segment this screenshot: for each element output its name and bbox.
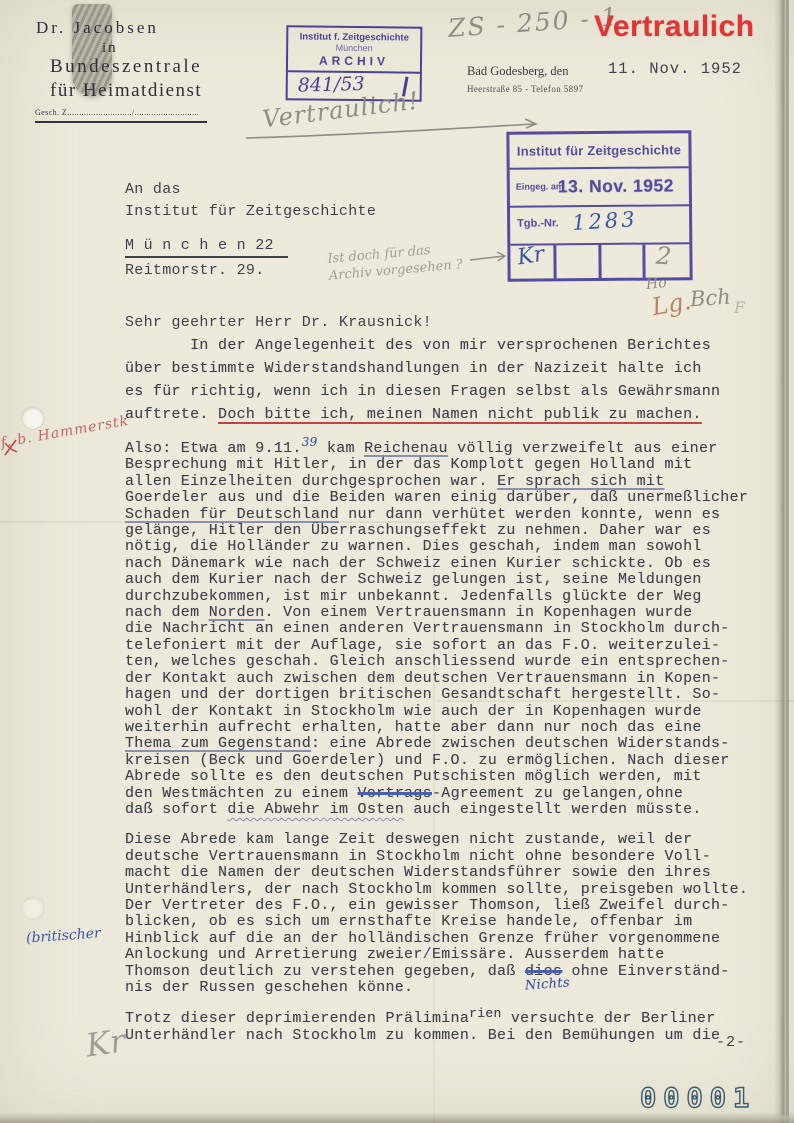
pencil-arrow (240, 116, 550, 144)
initials-handwritten: Kr (516, 242, 546, 271)
body-text-segment: Diese Abrede kam lange Zeit deswegen nic… (125, 831, 692, 848)
recipient-institute: Institut für Zeitgeschichte (125, 203, 376, 220)
body-text-segment: allen Einzelheiten durchgesprochen war. (125, 473, 497, 490)
margin-note-kr: Kr (84, 1021, 128, 1064)
body-text-segment: macht die Namen der deutschen Widerstand… (125, 864, 711, 881)
letterhead-reference-line: Gesch. Z.........................../....… (35, 108, 207, 123)
recipient-city-text: M ü n c h e n 22 (125, 237, 288, 258)
body-line: den Westmächten zu einem Vertrags-Agreem… (125, 786, 775, 802)
vertraulich-stamp: Vertraulich (594, 10, 755, 44)
letterhead-name: Dr. Jacobsen (36, 18, 159, 38)
cell-divider (642, 245, 645, 278)
body-text-segment: Goerdeler aus und die Beiden waren einig… (125, 489, 748, 506)
body-text-segment: , (637, 785, 646, 802)
margin-note-2: 2 (655, 242, 672, 271)
body-text-segment: ten, welches geschah. Gleich anschliesse… (125, 653, 730, 670)
body-text-segment: den Westmächten zu einem (125, 785, 358, 802)
body-line: Thema zum Gegenstand: eine Abrede zwisch… (125, 736, 775, 752)
body-text-segment: nach dem (125, 604, 209, 621)
body-line: die Nachricht an einen anderen Vertrauen… (125, 621, 775, 637)
body-text-segment: kam (318, 440, 365, 457)
punch-hole (22, 897, 44, 919)
body-text-segment: Doch bitte ich, meinen Namen nicht publi… (218, 406, 702, 423)
receipt-stamp-title: Institut für Zeitgeschichte (509, 133, 688, 170)
dateline-address: Heerstraße 85 - Telefon 5897 (467, 84, 583, 94)
body-text-segment: weiterhin aufrecht erhalten, hatte aber … (125, 719, 702, 736)
body-text-segment: Besprechung mit Hitler, in der das Kompl… (125, 456, 692, 473)
handwritten-correction: Nichts (524, 975, 570, 994)
body-line: Diese Abrede kam lange Zeit deswegen nic… (125, 832, 775, 848)
body-text-segment: es für richtig, wenn ich in diesen Frage… (125, 383, 720, 400)
body-line: Unterhändler nach Stockholm zu kommen. B… (125, 1028, 775, 1044)
body-line: wohl der Kontakt in Stockholm wie auch d… (125, 704, 775, 720)
body-line: Anlockung und Arretierung zweier/Emissär… (125, 947, 775, 963)
body-text-segment: Hinblick auf die an der holländischen Gr… (125, 930, 720, 947)
letterhead-in: in (102, 40, 118, 57)
body-text-segment: Abrede sollte es den deutschen Putschist… (125, 768, 702, 785)
body-text-segment: nach Dänemark wie nach der Schweiz einen… (125, 555, 711, 572)
body-text-segment: Schaden für Deutschland (125, 506, 339, 523)
dateline-date: 11. Nov. 1952 (608, 60, 742, 78)
paragraph: Trotz dieser deprimierenden Präliminarie… (125, 1006, 775, 1044)
cell-divider (598, 245, 601, 278)
margin-note-bch: Bch (689, 285, 731, 312)
archive-query-note: Ist doch für das Archiv vorgesehen ? (327, 239, 464, 285)
body-line: allen Einzelheiten durchgesprochen war. … (125, 474, 775, 490)
paragraph: In der Angelegenheit des von mir verspro… (125, 334, 775, 426)
archive-stamp-institute: Institut f. Zeitgeschichte (288, 27, 420, 43)
body-text-segment: nis der Russen geschehen könne. (125, 979, 413, 996)
body-text-segment: rien (469, 1006, 501, 1021)
body-line: daß sofort die Abwehr im Osten auch eing… (125, 802, 775, 818)
salutation: Sehr geehrter Herr Dr. Krausnick! (125, 311, 775, 334)
body-text-segment: Unterhändler nach Stockholm zu kommen. B… (125, 1027, 720, 1044)
struck-text: diesNichts (525, 963, 562, 980)
body-text-segment: nötig, die Holländer zu warnen. Dies ges… (125, 538, 702, 555)
margin-note-britischer: (britischer (26, 925, 102, 946)
body-text-segment: die Abwehr im Osten (227, 801, 404, 818)
body-line: In der Angelegenheit des von mir verspro… (125, 334, 775, 357)
recipient-city: M ü n c h e n 22 (125, 237, 288, 258)
body-text-segment: wohl der Kontakt in Stockholm wie auch d… (125, 703, 702, 720)
struck-text: Vertrags (358, 785, 432, 802)
body-text-segment: hagen und der dortigen britischen Gesand… (125, 686, 720, 703)
body-text-segment: auch eingestellt werden müsste. (404, 801, 702, 818)
body-line: kreisen (Beck und Goerdeler) und F.O. zu… (125, 753, 775, 769)
recipient-an-das: An das (125, 181, 181, 198)
body-text-segment: . Von einem Vertrauensmann in Kopenhagen… (265, 604, 693, 621)
body-text-segment: kreisen (Beck und Goerdeler) und F.O. zu… (125, 752, 730, 769)
body-text-segment: auch dem Kurier nach der Schweiz gelunge… (125, 571, 702, 588)
body-line: gelänge, Hitler den Überraschungseffekt … (125, 523, 775, 539)
body-text-segment: / (423, 946, 432, 963)
body-text-segment: nur dann verhütet werden konnte, wenn es (339, 506, 720, 523)
body-line: Trotz dieser deprimierenden Präliminarie… (125, 1006, 775, 1027)
body-text-segment: deutsche Vertrauensmann in Stockholm nic… (125, 848, 711, 865)
receipt-stamp-journal-row: Tgb.-Nr. 1283 (510, 206, 689, 246)
body-text-segment: Emissäre. Ausserdem hatte (432, 946, 665, 963)
paper-edge-line (786, 0, 789, 1123)
body-line: hagen und der dortigen britischen Gesand… (125, 687, 775, 703)
journal-number-handwritten: 1283 (571, 207, 638, 235)
body-text-segment: daß sofort (125, 801, 227, 818)
body-line: Schaden für Deutschland nur dann verhüte… (125, 507, 775, 523)
punch-hole (22, 407, 44, 429)
body-line: nach dem Norden. Von einem Vertrauensman… (125, 605, 775, 621)
body-line: telefoniert mit der Auflage, sie sofort … (125, 638, 775, 654)
paragraph: Also: Etwa am 9.11.39 kam Reichenau völl… (125, 434, 775, 818)
body-text-segment: Unterhändlers, der nach Stockholm kommen… (125, 881, 748, 898)
body-text-segment: der Kontakt auch zwischen dem deutschen … (125, 670, 720, 687)
body-text-segment: ohne (646, 785, 683, 802)
body-line: auftrete. Doch bitte ich, meinen Namen n… (125, 403, 775, 426)
body-line: macht die Namen der deutschen Widerstand… (125, 865, 775, 881)
body-line: nis der Russen geschehen könne. (125, 980, 775, 996)
body-line: nötig, die Holländer zu warnen. Dies ges… (125, 539, 775, 555)
body-text-segment: Also: Etwa am 9.11. (125, 440, 302, 457)
body-text-segment: 39 (302, 435, 318, 449)
body-text-segment: blicken, ob es sich um ernsthafte Kreise… (125, 913, 692, 930)
letter-page: Dr. Jacobsen in Bundeszentrale für Heima… (0, 0, 794, 1123)
body-text-segment: durchzubekommen, ist mir unbekannt. Jede… (125, 588, 702, 605)
body-line: Der Vertreter des F.O., ein gewisser Tho… (125, 898, 775, 914)
body-text-segment: telefoniert mit der Auflage, sie sofort … (125, 637, 720, 654)
body-line: Abrede sollte es den deutschen Putschist… (125, 769, 775, 785)
body-text-segment: ohne Einverständ- (562, 963, 729, 980)
body-text-segment: In der Angelegenheit des von mir verspro… (125, 337, 711, 354)
body-text-segment: Trotz dieser deprimierenden Prälimina (125, 1010, 469, 1027)
body-text-segment: Er sprach sich mit (497, 473, 664, 490)
body-text-segment: die Nachricht an einen anderen Vertrauen… (125, 620, 730, 637)
cell-divider (553, 245, 556, 278)
body-text-segment: auftrete. (125, 406, 218, 423)
body-text-segment: -Agreement zu gelangen (432, 785, 637, 802)
body-line: es für richtig, wenn ich in diesen Frage… (125, 380, 775, 403)
letter-paragraphs: In der Angelegenheit des von mir verspro… (125, 334, 775, 1044)
body-line: Thomson deutlich zu verstehen gegeben, d… (125, 964, 775, 980)
body-line: Unterhändlers, der nach Stockholm kommen… (125, 882, 775, 898)
body-line: der Kontakt auch zwischen dem deutschen … (125, 671, 775, 687)
archive-stamp-archiv: ARCHIV (288, 52, 420, 71)
body-line: Goerdeler aus und die Beiden waren einig… (125, 490, 775, 506)
body-text-segment: Anlockung und Arretierung zweier (125, 946, 423, 963)
journal-label: Tgb.-Nr. (517, 217, 559, 229)
body-text-segment: völlig verzweifelt aus einer (448, 440, 718, 457)
body-line: blicken, ob es sich um ernsthafte Kreise… (125, 914, 775, 930)
archive-stamp-city: München (288, 42, 420, 53)
body-line: Also: Etwa am 9.11.39 kam Reichenau völl… (125, 434, 775, 457)
body-text-segment: Norden (209, 604, 265, 621)
body-line: Besprechung mit Hitler, in der das Kompl… (125, 457, 775, 473)
received-date: 13. Nov. 1952 (558, 175, 674, 197)
body-line: durchzubekommen, ist mir unbekannt. Jede… (125, 589, 775, 605)
body-line: nach Dänemark wie nach der Schweiz einen… (125, 556, 775, 572)
body-line: ten, welches geschah. Gleich anschliesse… (125, 654, 775, 670)
body-text-segment: versuchte der Berliner (502, 1010, 716, 1027)
received-label: Eingeg. am (516, 181, 564, 191)
serial-number-stamp: 00001 (640, 1083, 756, 1114)
body-text-segment: Der Vertreter des F.O., ein gewisser Tho… (125, 897, 730, 914)
body-text-segment: über bestimmte Widerstandshandlungen in … (125, 360, 702, 377)
body-line: auch dem Kurier nach der Schweiz gelunge… (125, 572, 775, 588)
body-text-segment: Thomson deutlich zu verstehen gegeben, d… (125, 963, 525, 980)
letterhead-org-2: für Heimatdienst (50, 80, 202, 102)
body-text-segment: : eine Abrede zwischen deutschen Widerst… (311, 735, 730, 752)
paragraph: Diese Abrede kam lange Zeit deswegen nic… (125, 832, 775, 996)
red-margin-mark (2, 437, 20, 459)
body-line: über bestimmte Widerstandshandlungen in … (125, 357, 775, 380)
recipient-street: Reitmorstr. 29. (125, 262, 265, 279)
dateline-place: Bad Godesberg, den (467, 64, 568, 79)
body-text-segment: Reichenau (364, 440, 448, 457)
page-number: -2- (716, 1034, 746, 1051)
letter-body: Sehr geehrter Herr Dr. Krausnick! In der… (125, 311, 775, 1044)
letterhead-org-1: Bundeszentrale (50, 56, 202, 78)
body-line: weiterhin aufrecht erhalten, hatte aber … (125, 720, 775, 736)
body-line: Hinblick auf die an der holländischen Gr… (125, 931, 775, 947)
body-text-segment: Thema zum Gegenstand (125, 735, 311, 752)
archive-number-handwritten: 841/53 (298, 73, 365, 97)
body-text-segment: gelänge, Hitler den Überraschungseffekt … (125, 522, 711, 539)
pencil-dash-arrow (468, 250, 510, 266)
receipt-stamp-received-row: Eingeg. am 13. Nov. 1952 (510, 168, 689, 208)
body-line: deutsche Vertrauensmann in Stockholm nic… (125, 849, 775, 865)
